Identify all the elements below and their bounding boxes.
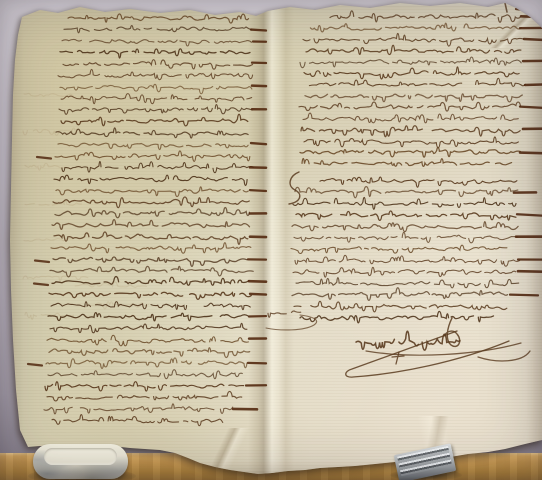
stone-top-face (44, 448, 117, 465)
paper-shadow-wrap (0, 0, 542, 480)
handwriting-layer (0, 0, 542, 480)
manuscript-paper (0, 0, 542, 480)
manuscript-photo (0, 0, 542, 480)
bleedthrough-ghost-text (23, 93, 149, 319)
left-page-text (28, 14, 266, 426)
signature-and-flourish (346, 318, 530, 377)
stone-paperweight (33, 444, 128, 479)
right-page-text (289, 3, 542, 323)
margin-note (266, 311, 317, 330)
